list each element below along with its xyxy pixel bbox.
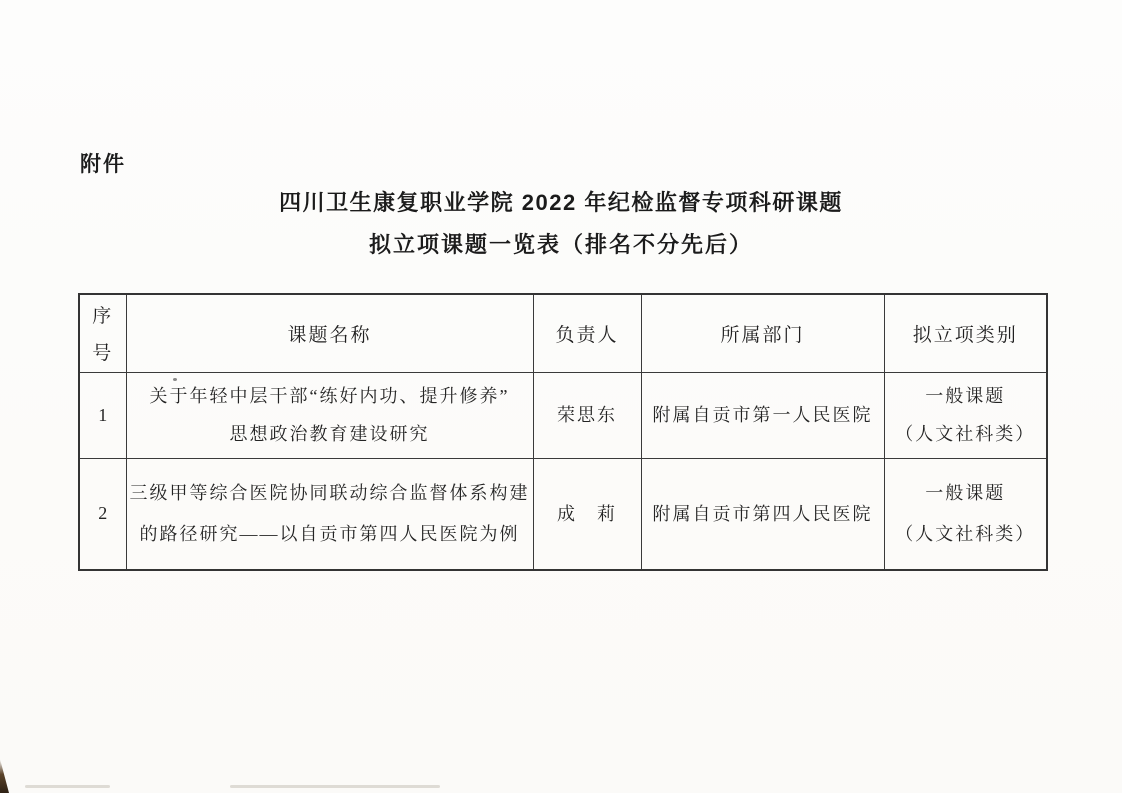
- row2-department: 附属自贡市第四人民医院: [641, 458, 884, 570]
- row2-topic-line1: 三级甲等综合医院协同联动综合监督体系构建: [130, 481, 530, 505]
- row1-category: 一般课题 （人文社科类）: [884, 372, 1047, 458]
- row1-topic-line2: 思想政治教育建设研究: [230, 422, 430, 446]
- table-row: 2 三级甲等综合医院协同联动综合监督体系构建 的路径研究——以自贡市第四人民医院…: [79, 458, 1047, 570]
- document-title-line1: 四川卫生康复职业学院 2022 年纪检监督专项科研课题: [0, 186, 1122, 217]
- table-row: 1 关于年轻中层干部“练好内功、提升修养” 思想政治教育建设研究 荣思东 附属自…: [79, 372, 1047, 458]
- scan-corner-artifact: [0, 759, 9, 793]
- row2-topic: 三级甲等综合医院协同联动综合监督体系构建 的路径研究——以自贡市第四人民医院为例: [126, 458, 533, 570]
- document-title-line2: 拟立项课题一览表（排名不分先后）: [0, 228, 1122, 259]
- row1-topic-line1: 关于年轻中层干部“练好内功、提升修养”: [150, 384, 510, 408]
- row2-index: 2: [79, 458, 126, 570]
- scan-smudge: [230, 785, 440, 788]
- header-index-line2: 号: [92, 338, 113, 365]
- row2-category-line1: 一般课题: [925, 481, 1005, 505]
- row1-department: 附属自贡市第一人民医院: [641, 372, 884, 458]
- header-category: 拟立项类别: [884, 294, 1047, 372]
- project-table: 序 号 课题名称 负责人 所属部门 拟立项类别 1 关于年轻中层干部“练好内功、…: [78, 293, 1048, 571]
- scan-smudge: [25, 785, 110, 788]
- header-leader: 负责人: [533, 294, 641, 372]
- row1-category-line2: （人文社科类）: [895, 422, 1035, 446]
- header-department: 所属部门: [641, 294, 884, 372]
- row2-topic-line2: 的路径研究——以自贡市第四人民医院为例: [140, 522, 520, 546]
- row1-category-line1: 一般课题: [925, 384, 1005, 408]
- row1-topic: 关于年轻中层干部“练好内功、提升修养” 思想政治教育建设研究: [126, 372, 533, 458]
- header-topic: 课题名称: [126, 294, 533, 372]
- row2-leader: 成 莉: [533, 458, 641, 570]
- attachment-label: 附件: [80, 148, 126, 178]
- header-index: 序 号: [79, 294, 126, 372]
- row1-index: 1: [79, 372, 126, 458]
- table-header-row: 序 号 课题名称 负责人 所属部门 拟立项类别: [79, 294, 1047, 372]
- row1-leader: 荣思东: [533, 372, 641, 458]
- scanned-document-page: 附件 四川卫生康复职业学院 2022 年纪检监督专项科研课题 拟立项课题一览表（…: [0, 0, 1122, 793]
- row2-category: 一般课题 （人文社科类）: [884, 458, 1047, 570]
- header-index-line1: 序: [92, 301, 113, 328]
- scan-speck: [173, 378, 177, 381]
- row2-category-line2: （人文社科类）: [895, 522, 1035, 546]
